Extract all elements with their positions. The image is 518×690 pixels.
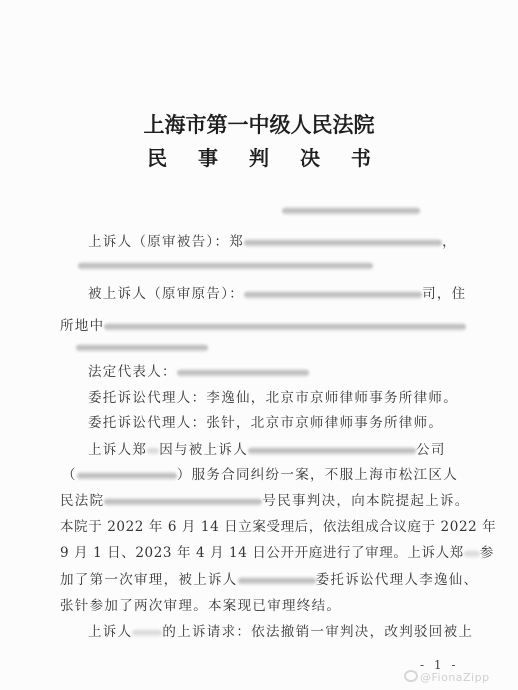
- redacted-appellee-address: [104, 323, 466, 331]
- redacted-address-continued: [76, 344, 208, 352]
- para1-line3: 民法院号民事判决，向本院提起上诉。: [60, 492, 470, 510]
- legal-representative-line: 法定代表人：: [88, 363, 309, 381]
- para1-line2: （）服务合同纠纷一案，不服上海市松江区人: [62, 466, 458, 484]
- page-number: - 1 -: [420, 658, 458, 672]
- redacted-appellant-name-2: [464, 550, 480, 558]
- redacted-appellee-name: [244, 291, 422, 299]
- redacted-case-number: [282, 207, 420, 215]
- redacted-company-short-name: [77, 472, 177, 480]
- appellee-label: 被上诉人（原审原告）：: [88, 286, 244, 302]
- redacted-appellant-given-name: [147, 447, 159, 455]
- para1-line5: 9 月 1 日、2023 年 4 月 14 日公开开庭进行了审理。上诉人郑参: [60, 544, 494, 562]
- para1-line4: 本院于 2022 年 6 月 14 日立案受理后，依法组成合议庭于 2022 年: [60, 518, 496, 536]
- agent-line-1: 委托诉讼代理人：李逸仙，北京市京师律师事务所律师。: [88, 389, 458, 407]
- document-type: 民 事 判 决 书: [0, 142, 518, 171]
- document-page: 上海市第一中级人民法院 民 事 判 决 书 上诉人（原审被告）：郑， 被上诉人（…: [0, 0, 518, 690]
- watermark: @FionaZipp: [420, 671, 490, 684]
- redacted-appellee-company: [248, 447, 416, 455]
- appellant-label: 上诉人（原审被告）：郑: [88, 234, 244, 250]
- redacted-appellant-name-3: [132, 629, 162, 637]
- redacted-appellant-address: [78, 262, 373, 270]
- weibo-icon: [404, 670, 418, 682]
- agent-line-2: 委托诉讼代理人：张针，北京市京师律师事务所律师。: [88, 414, 443, 432]
- para1-line7: 张针参加了两次审理。本案现已审理终结。: [60, 597, 341, 615]
- para1-line6: 加了第一次审理，被上诉人委托诉讼代理人李逸仙、: [60, 571, 478, 589]
- redacted-legal-rep: [177, 369, 309, 377]
- para1-line1: 上诉人郑因与被上诉人公司: [88, 441, 446, 459]
- appellant-line: 上诉人（原审被告）：郑，: [88, 233, 457, 251]
- court-name: 上海市第一中级人民法院: [0, 109, 518, 139]
- para2-line1: 上诉人的上诉请求：依法撤销一审判决，改判驳回被上: [88, 623, 473, 641]
- appellee-address-line: 所地中: [60, 317, 466, 335]
- redacted-first-instance-case-number: [104, 498, 262, 506]
- redacted-appellee-name-2: [238, 577, 316, 585]
- redacted-appellant-info: [244, 239, 442, 247]
- appellee-line: 被上诉人（原审原告）：司，住: [88, 285, 466, 303]
